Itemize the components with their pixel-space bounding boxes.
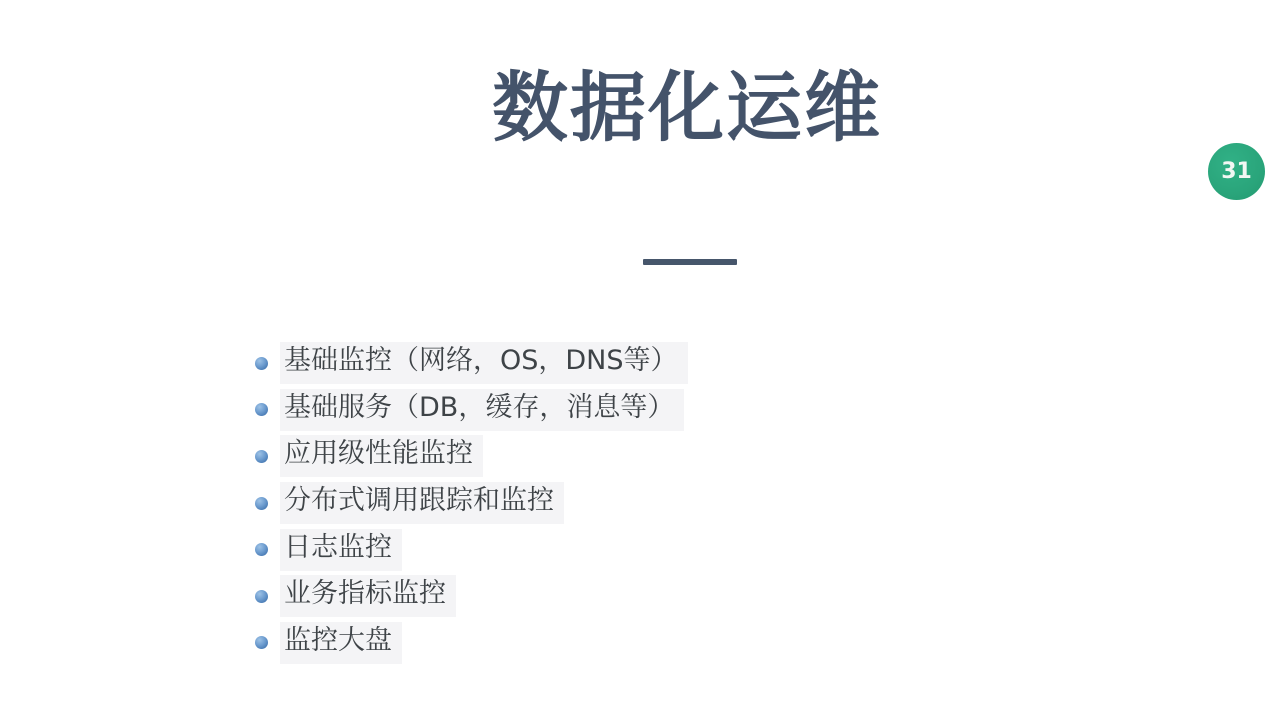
list-item-text: 基础监控（网络，OS，DNS等） <box>280 342 688 384</box>
bullet-icon <box>255 450 268 463</box>
list-item: 监控大盘 <box>255 620 688 667</box>
list-item-text: 日志监控 <box>280 529 402 571</box>
list-item: 分布式调用跟踪和监控 <box>255 480 688 527</box>
list-item: 应用级性能监控 <box>255 433 688 480</box>
list-item: 业务指标监控 <box>255 573 688 620</box>
list-item: 基础监控（网络，OS，DNS等） <box>255 340 688 387</box>
bullet-icon <box>255 636 268 649</box>
list-item-text: 应用级性能监控 <box>280 435 483 477</box>
list-item-text: 分布式调用跟踪和监控 <box>280 482 564 524</box>
page-number: 31 <box>1221 159 1252 184</box>
list-item: 日志监控 <box>255 526 688 573</box>
list-item-text: 基础服务（DB，缓存，消息等） <box>280 389 684 431</box>
page-number-badge: 31 <box>1208 143 1265 200</box>
bullet-icon <box>255 543 268 556</box>
list-item-text: 监控大盘 <box>280 622 402 664</box>
list-item: 基础服务（DB，缓存，消息等） <box>255 387 688 434</box>
bullet-icon <box>255 403 268 416</box>
bullet-icon <box>255 590 268 603</box>
bullet-icon <box>255 497 268 510</box>
list-item-text: 业务指标监控 <box>280 575 456 617</box>
bullet-icon <box>255 357 268 370</box>
slide-title: 数据化运维 <box>492 64 882 151</box>
title-divider <box>643 259 737 265</box>
slide: 数据化运维 31 基础监控（网络，OS，DNS等） 基础服务（DB，缓存，消息等… <box>0 0 1280 708</box>
bullet-list: 基础监控（网络，OS，DNS等） 基础服务（DB，缓存，消息等） 应用级性能监控… <box>255 340 688 666</box>
